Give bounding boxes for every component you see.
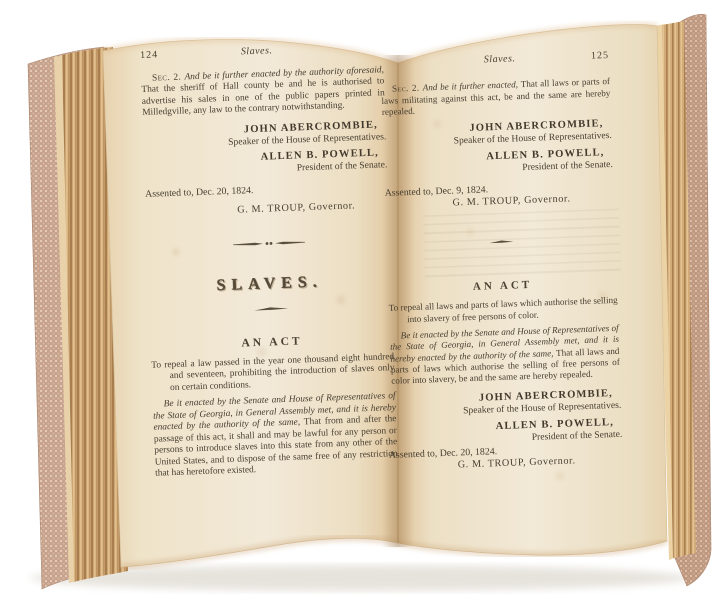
header-spacer <box>355 49 383 50</box>
dash-ornament-icon <box>386 233 615 252</box>
speaker-signature-block: JOHN ABERCROMBIE, Speaker of the House o… <box>382 117 612 149</box>
right-page: Slaves. 125 Sec. 2. And be it further en… <box>380 50 623 473</box>
enacting-paragraph: Be it enacted by the Senate and House of… <box>153 391 399 480</box>
act-heading: AN ACT <box>150 333 393 353</box>
assent-date-line: Assented to, Dec. 20, 1824. <box>145 180 388 200</box>
section-2-paragraph: Sec. 2. And be it further enacted by the… <box>141 65 385 120</box>
section-2-paragraph: Sec. 2. And be it further enacted, That … <box>381 76 611 118</box>
act-heading: AN ACT <box>388 277 617 296</box>
right-page-number: 125 <box>591 50 609 62</box>
speaker-signature-block-2: JOHN ABERCROMBIE, Speaker of the House o… <box>392 387 622 419</box>
act-title: To repeal all laws and parts of laws whi… <box>389 295 619 326</box>
dash-ornament-icon <box>149 301 392 321</box>
president-signature-block: ALLEN B. POWELL, President of the Senate… <box>144 146 388 179</box>
enacting-paragraph: Be it enacted by the Senate and House of… <box>390 323 621 387</box>
book-photograph: 124 Slaves. Sec. 2. And be it further en… <box>0 0 716 600</box>
left-page-number: 124 <box>140 49 158 61</box>
divider-ornament-icon <box>147 235 390 256</box>
governor-signature: G. M. TROUP, Governor. <box>146 199 389 219</box>
left-page: 124 Slaves. Sec. 2. And be it further en… <box>140 41 398 480</box>
chapter-heading: SLAVES. <box>148 274 391 294</box>
section-label: Sec. 2. <box>392 83 423 94</box>
speaker-signature-block: JOHN ABERCROMBIE, Speaker of the House o… <box>143 118 387 151</box>
act-title: To repeal a law passed in the year one t… <box>151 352 395 395</box>
header-spacer <box>380 65 408 66</box>
president-signature-block: ALLEN B. POWELL, President of the Senate… <box>383 146 613 178</box>
section-label: Sec. 2. <box>152 72 185 83</box>
